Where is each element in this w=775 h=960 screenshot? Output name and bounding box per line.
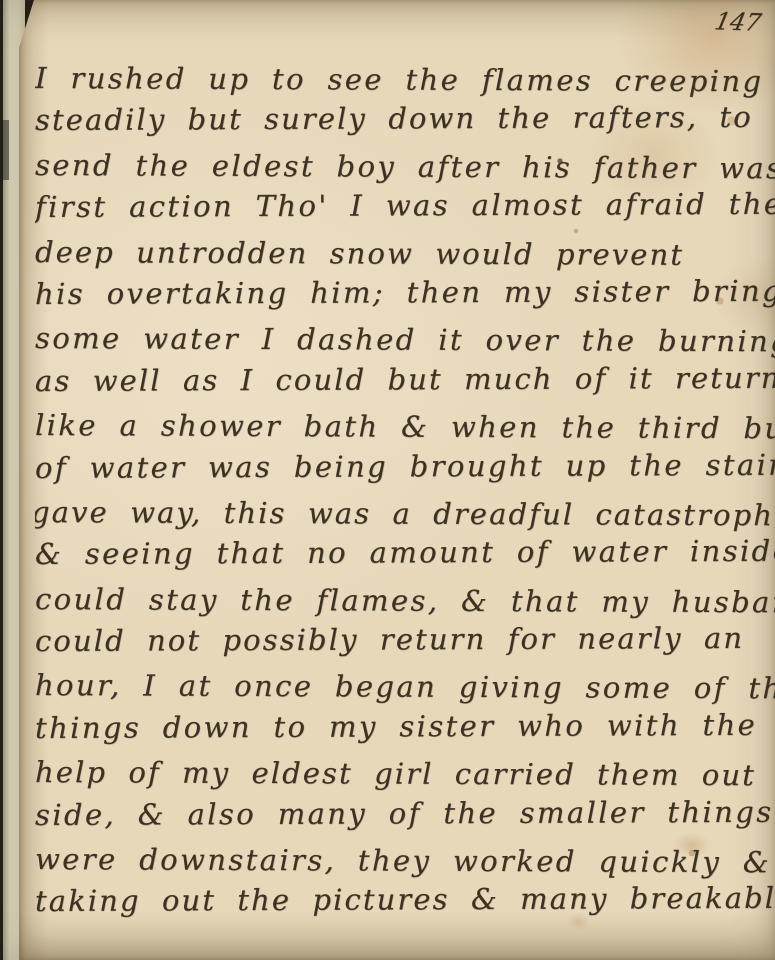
manuscript-line: & seeing that no amount of water inside [35,530,775,577]
manuscript-line: taking out the pictures & many breakable [35,877,775,924]
manuscript-line: first action Tho' I was almost afraid th… [35,183,775,230]
manuscript-page: 147 I rushed up to see the flames creepi… [19,0,775,960]
manuscript-line: things down to my sister who with the [35,704,775,751]
manuscript-photo: 147 I rushed up to see the flames creepi… [0,0,775,960]
manuscript-line: as well as I could but much of it return… [35,357,775,404]
page-number: 147 [712,7,763,37]
manuscript-line: of water was being brought up the stairs [35,443,775,490]
manuscript-line: could not possibly return for nearly an [35,617,775,664]
manuscript-line: steadily but surely down the rafters, to [35,96,775,143]
manuscript-text: I rushed up to see the flames creepingst… [35,56,775,960]
manuscript-line: his overtaking him; then my sister bring… [35,270,775,317]
manuscript-line: side, & also many of the smaller things … [35,790,775,837]
